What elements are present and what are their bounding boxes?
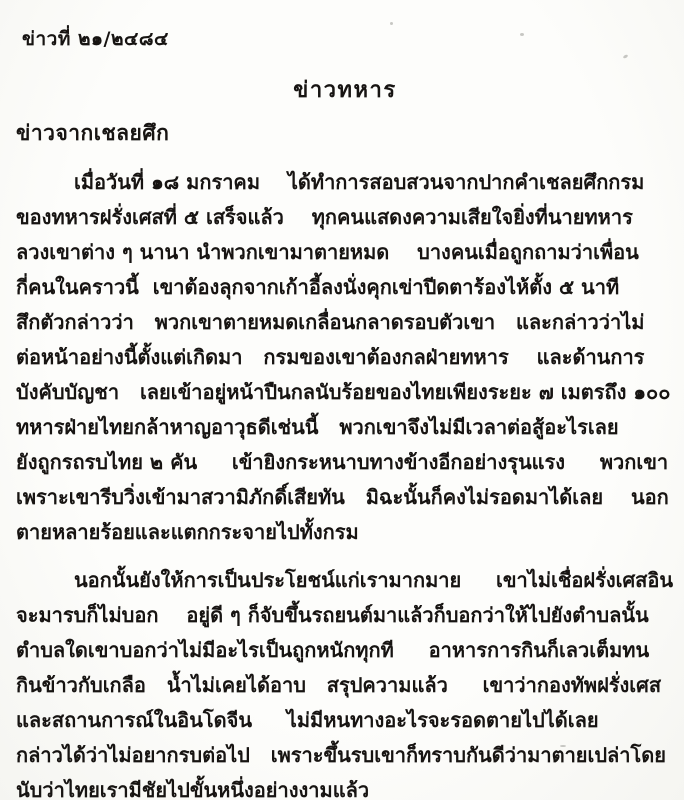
scan-artifact: [520, 33, 524, 36]
scan-artifact: [560, 745, 566, 747]
paragraph-1: เมื่อวันที่ ๑๘ มกราคม ได้ทำการสอบสวนจากป…: [16, 165, 674, 550]
text-line: ตายหลายร้อยและแตกกระจายไปทั้งกรม: [16, 515, 674, 550]
text-line: ต่อหน้าอย่างนี้ตั้งแต่เกิดมา กรมของเขาต้…: [16, 340, 674, 375]
paragraph-2: นอกนั้นยังให้การเป็นประโยชน์แก่เรามากมาย…: [16, 563, 674, 800]
text-line: กล่าวได้ว่าไม่อยากรบต่อไป เพราะขึ้นรบเขา…: [16, 738, 674, 773]
text-line: ลวงเขาต่าง ๆ นานา นำพวกเขามาตายหมด บางคน…: [16, 235, 674, 270]
text-line: บังคับบัญชา เลยเข้าอยู่หน้าปืนกลนับร้อยข…: [16, 375, 674, 410]
document-number: ข่าวที่ ๒๑/๒๔๘๔: [22, 24, 674, 54]
text-line: นอกนั้นยังให้การเป็นประโยชน์แก่เรามากมาย…: [16, 563, 674, 598]
text-line: นับว่าไทยเรามีชัยไปขั้นหนึ่งอย่างงามแล้ว: [16, 773, 674, 800]
text-line: กินข้าวกับเกลือ น้ำไม่เคยได้อาบ สรุปความ…: [16, 668, 674, 703]
text-line: เพราะเขารีบวิ่งเข้ามาสวามิภักดิ์เสียทัน …: [16, 480, 674, 515]
text-line: และสถานการณ์ในอินโดจีน ไม่มีหนทางอะไรจะร…: [16, 703, 674, 738]
text-line: ของทหารฝรั่งเศสที่ ๕ เสร็จแล้ว ทุกคนแสดง…: [16, 200, 674, 235]
scan-artifact: [623, 54, 629, 59]
text-line: จะมารบก็ไม่บอก อยู่ดี ๆ ก็จับขึ้นรถยนต์ม…: [16, 598, 674, 633]
text-line: ตำบลใดเขาบอกว่าไม่มีอะไรเป็นถูกหนักทุกที…: [16, 633, 674, 668]
text-line: ทหารฝ่ายไทยกล้าหาญอาวุธดีเช่นนี้ พวกเขาจ…: [16, 410, 674, 445]
text-line: กี่คนในคราวนี้ เขาต้องลุกจากเก้าอี้ลงนั่…: [16, 270, 674, 305]
scanned-document-page: ข่าวที่ ๒๑/๒๔๘๔ ข่าวทหาร ข่าวจากเชลยศึก …: [0, 0, 684, 800]
scan-artifact: [390, 22, 393, 25]
text-line: สึกตัวกล่าวว่า พวกเขาตายหมดเกลื่อนกลาดรอ…: [16, 305, 674, 340]
section-heading: ข่าวจากเชลยศึก: [16, 117, 674, 150]
text-line: เมื่อวันที่ ๑๘ มกราคม ได้ทำการสอบสวนจากป…: [16, 165, 674, 200]
text-line: ยังถูกรถรบไทย ๒ คัน เข้ายิงกระหนาบทางข้า…: [16, 445, 674, 480]
document-title: ข่าวทหาร: [16, 72, 674, 107]
